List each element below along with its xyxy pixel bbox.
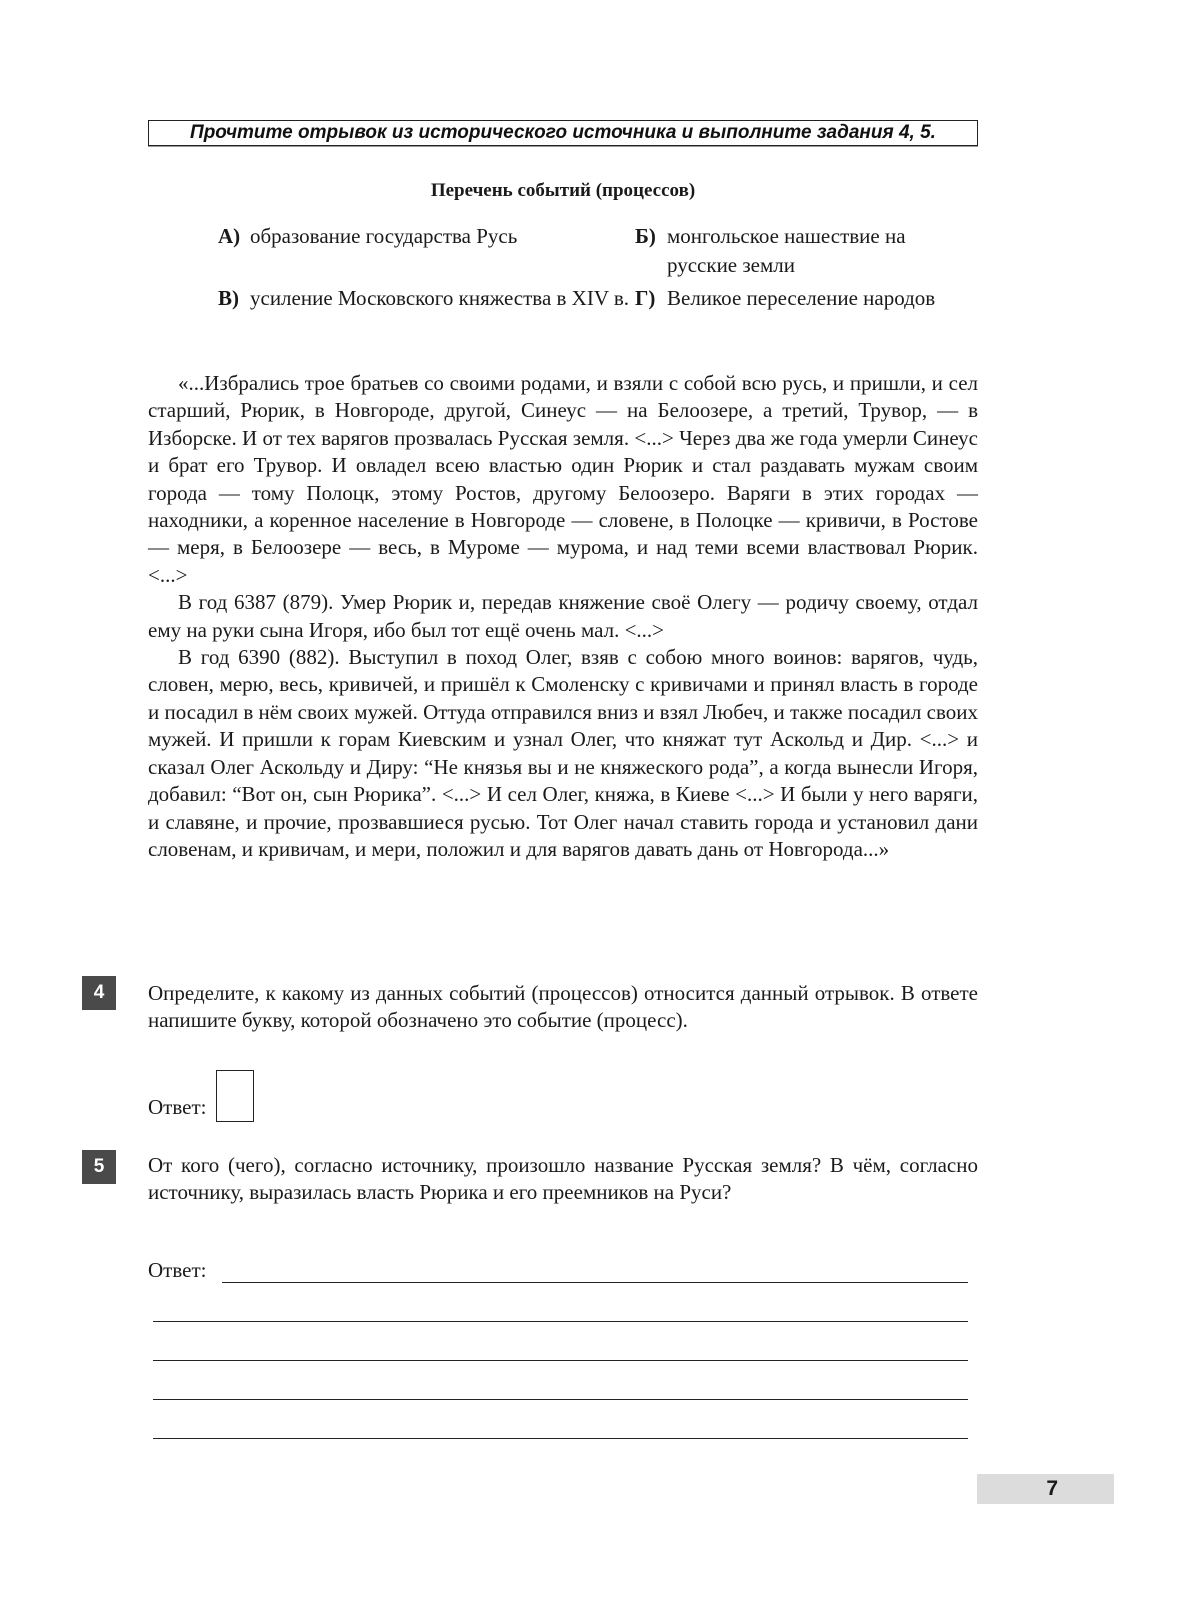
task-number: 4 <box>94 982 105 1004</box>
answer-label: Ответ: <box>148 1095 206 1120</box>
task-4-answer-row: Ответ: <box>148 1070 254 1122</box>
event-text: образование государства Русь <box>250 222 635 280</box>
answer-label: Ответ: <box>148 1258 206 1283</box>
answer-line[interactable] <box>222 1282 968 1283</box>
source-excerpt: «...Избрались трое братьев со своими род… <box>148 370 978 863</box>
answer-line[interactable] <box>153 1321 968 1322</box>
source-paragraph: В год 6387 (879). Умер Рюрик и, передав … <box>148 589 978 644</box>
event-item-v: В) усиление Московского княжества в XIV … <box>218 284 635 313</box>
event-text: Великое переселение народов <box>667 284 978 313</box>
answer-box[interactable] <box>216 1070 254 1122</box>
answer-line[interactable] <box>153 1438 968 1439</box>
event-key: Б) <box>635 222 667 280</box>
task-4-question: Определите, к какому из данных событий (… <box>148 980 978 1035</box>
instruction-text: Прочтите отрывок из исторического источн… <box>190 122 936 144</box>
task-5-answer-row: Ответ: <box>148 1258 206 1283</box>
event-key: А) <box>218 222 250 280</box>
source-paragraph: В год 6390 (882). Выступил в поход Олег,… <box>148 644 978 863</box>
page-number: 7 <box>977 1474 1114 1504</box>
event-key: Г) <box>635 284 667 313</box>
source-paragraph: «...Избрались трое братьев со своими род… <box>148 370 978 589</box>
event-text: усиление Московского княжества в XIV в. <box>250 284 635 313</box>
page-number-text: 7 <box>1046 1477 1058 1501</box>
task-5-question: От кого (чего), согласно источнику, прои… <box>148 1152 978 1207</box>
task-number: 5 <box>94 1156 105 1178</box>
events-list: А) образование государства Русь Б) монго… <box>218 222 978 313</box>
event-key: В) <box>218 284 250 313</box>
answer-line[interactable] <box>153 1399 968 1400</box>
answer-line[interactable] <box>153 1360 968 1361</box>
event-item-g: Г) Великое переселение народов <box>635 284 978 313</box>
event-item-b: Б) монгольское нашествие на русские земл… <box>635 222 978 280</box>
task-number-badge: 4 <box>82 976 116 1010</box>
event-item-a: А) образование государства Русь <box>218 222 635 280</box>
event-text: монгольское нашествие на русские земли <box>667 222 978 280</box>
events-list-title: Перечень событий (процессов) <box>148 180 978 202</box>
instruction-banner: Прочтите отрывок из исторического источн… <box>148 120 978 146</box>
task-number-badge: 5 <box>82 1150 116 1184</box>
